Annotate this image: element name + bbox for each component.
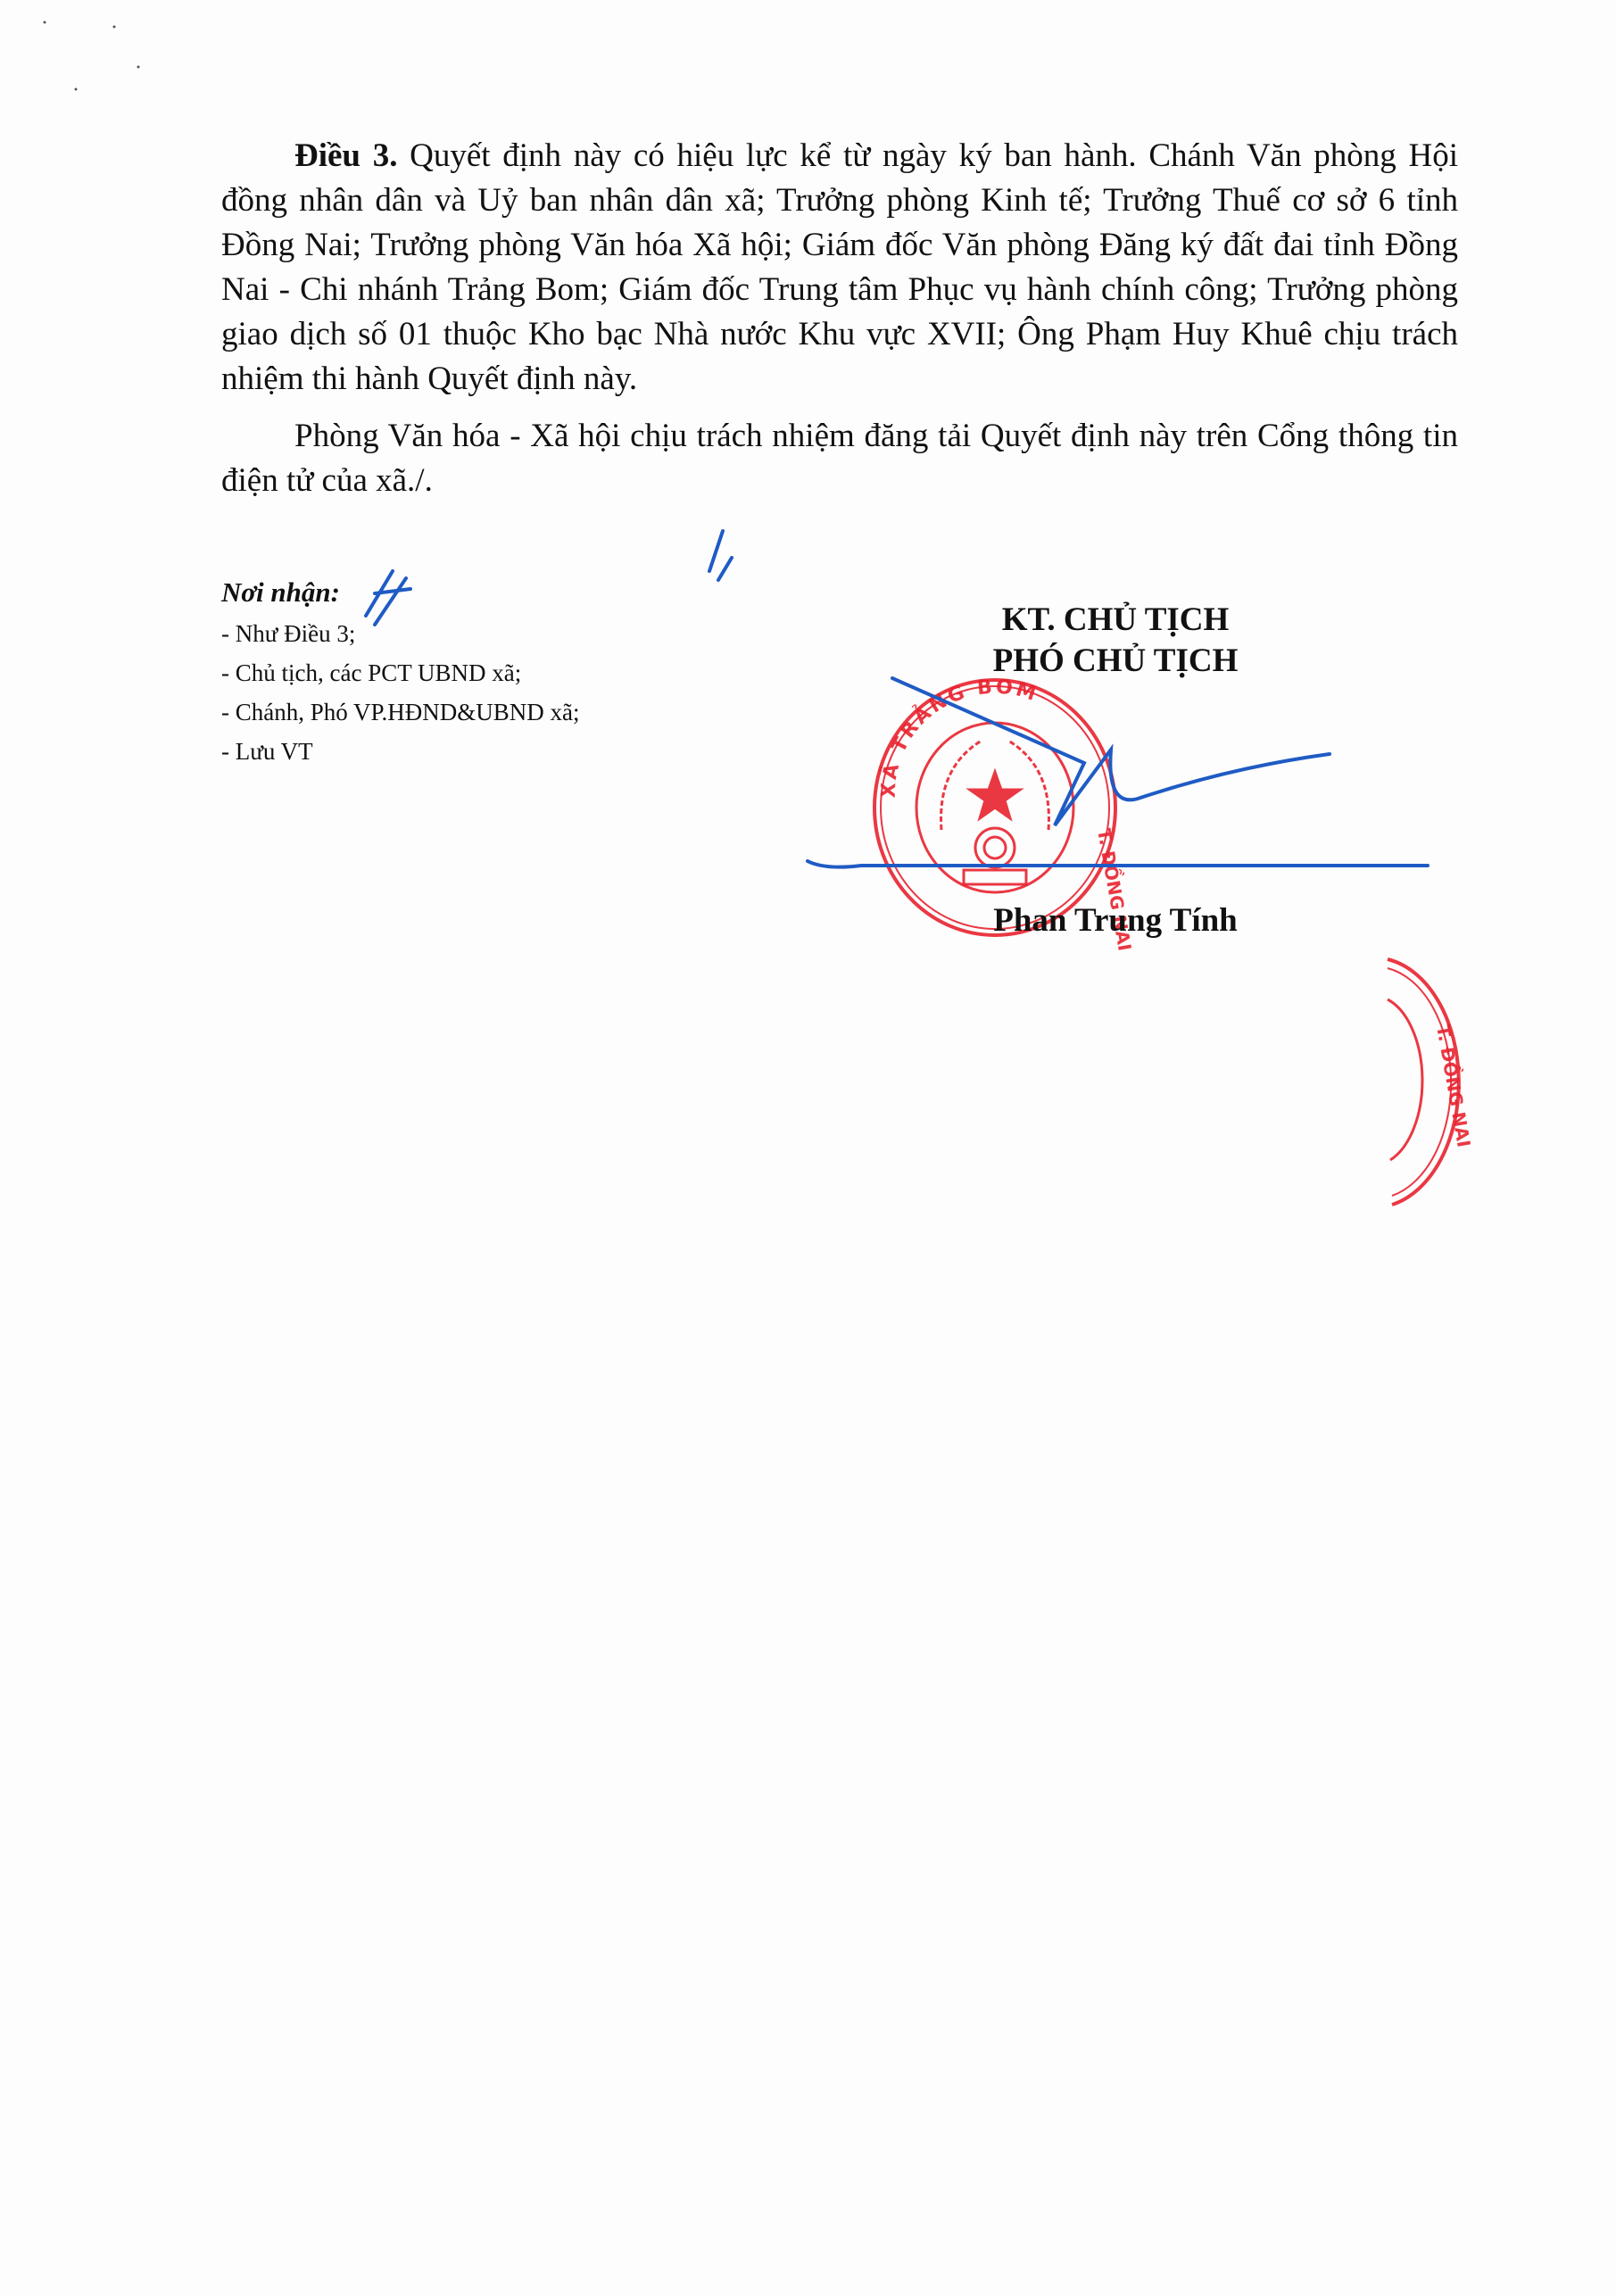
article-3-paragraph: Điều 3. Quyết định này có hiệu lực kể từ…	[221, 134, 1458, 402]
recipient-item: - Như Điều 3;	[221, 614, 580, 653]
recipients-block: Nơi nhận: - Như Điều 3; - Chủ tịch, các …	[221, 571, 580, 771]
article-3: Điều 3. Quyết định này có hiệu lực kể từ…	[221, 134, 1458, 516]
recipients-title: Nơi nhận:	[221, 571, 580, 614]
svg-text:T. ĐỒNG NAI: T. ĐỒNG NAI	[1432, 1023, 1477, 1148]
scan-specks	[0, 0, 178, 107]
signature-title-block: KT. CHỦ TỊCH PHÓ CHỦ TỊCH	[892, 600, 1338, 682]
initial-mark-icon	[709, 531, 732, 580]
recipient-item: - Chủ tịch, các PCT UBND xã;	[221, 653, 580, 692]
recipient-item: - Chánh, Phó VP.HĐND&UBND xã;	[221, 692, 580, 732]
signer-name: Phan Trung Tính	[892, 901, 1338, 940]
publication-paragraph: Phòng Văn hóa - Xã hội chịu trách nhiệm …	[221, 414, 1458, 503]
svg-text:XÃ TRẢNG BOM: XÃ TRẢNG BOM	[878, 676, 1041, 798]
article-label: Điều 3.	[294, 137, 397, 174]
signature-line-1: KT. CHỦ TỊCH	[892, 600, 1338, 641]
recipient-item: - Lưu VT	[221, 732, 580, 771]
signature-stroke	[892, 678, 1330, 825]
partial-seal	[1388, 959, 1459, 1205]
seal-emblem-icon	[941, 741, 1049, 884]
signature-underline	[808, 861, 1428, 867]
document-page: Điều 3. Quyết định này có hiệu lực kể từ…	[0, 0, 1616, 2296]
signature-line-2: PHÓ CHỦ TỊCH	[892, 641, 1338, 682]
article-3-text: Quyết định này có hiệu lực kể từ ngày ký…	[221, 137, 1458, 397]
